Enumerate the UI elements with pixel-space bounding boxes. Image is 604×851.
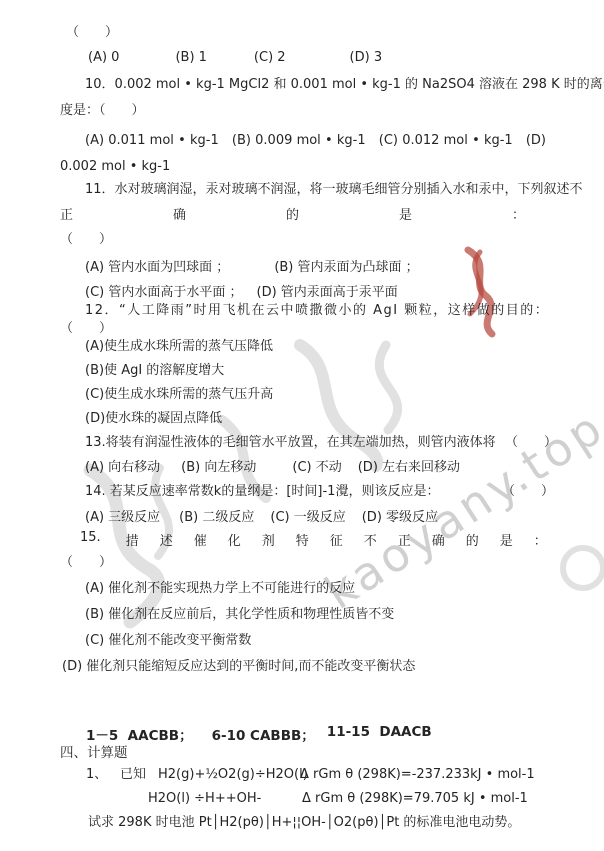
q9-option: (D) 3 (350, 50, 383, 65)
q15-option: (B) 催化剂在反应前后，其化学性质和物理性质皆不变 (62, 606, 415, 632)
q14-option: (A) 三级反应 (85, 506, 160, 525)
q14-option: (D) 零级反应 (362, 506, 438, 525)
q11-text-line2: 正确的是： (60, 207, 604, 224)
red-calligraphy-watermark (468, 250, 492, 334)
q12-option: (D)使水珠的凝固点降低 (85, 410, 273, 434)
q15-number: 15. (80, 530, 101, 549)
q13-option: (B) 向左移动 (181, 456, 256, 475)
q11-option: (A) 管内水面为凹球面 ； (85, 256, 229, 275)
q12-answer-bracket: （ ） (60, 320, 112, 337)
q11-option: (C) 管内水面高于水平面 ； (85, 281, 243, 300)
calc1-deltaG-2: Δ rGm θ (298K)=79.705 kJ • mol-1 (302, 790, 528, 807)
q9-options-row: (A) 0(B) 1(C) 2(D) 3 (88, 50, 382, 65)
q14-option: (B) 二级反应 (179, 506, 254, 525)
q14-answer-bracket: （ ） (502, 483, 554, 500)
calc1-equation-2: H2O(l) ÷H++OH- (148, 790, 261, 807)
calc1-deltaG-1: Δ rGm θ (298K)=-237.233kJ • mol-1 (300, 766, 535, 783)
q14-option: (C) 一级反应 (270, 506, 345, 525)
q13-option: (A) 向右移动 (85, 456, 160, 475)
calc1-question: 试求 298K 时电池 Pt│H2(pθ)│H+¦¦OH-│O2(pθ)│Pt … (88, 814, 520, 831)
section4-title: 四、计算题 (60, 745, 128, 762)
q12-options-list: (A)使生成水珠所需的蒸气压降低(B)使 AgI 的溶解度增大(C)使生成水珠所… (85, 338, 273, 434)
q15-option: (D) 催化剂只能缩短反应达到的平衡时间,而不能改变平衡状态 (62, 658, 415, 684)
q14-text: 14. 若某反应速率常数k的量纲是：[时间]-1灚，则该反应是： (85, 483, 439, 500)
q15-option: (C) 催化剂不能改变平衡常数 (62, 632, 415, 658)
answer-key-segment: 6-10 CABBB； (212, 724, 315, 744)
calc1-number: 1、 (86, 766, 107, 783)
answer-key-segment: 1－5 AACBB； (86, 724, 193, 744)
q9-option: (B) 1 (175, 50, 206, 65)
q13-option: (D) 左右来回移动 (358, 456, 460, 475)
q11-options-cd: (C) 管内水面高于水平面 ；(D) 管内汞面高于汞平面 (85, 281, 398, 300)
q12-option: (A)使生成水珠所需的蒸气压降低 (85, 338, 273, 362)
q12-option: (C)使生成水珠所需的蒸气压升高 (85, 386, 273, 410)
q13-answer-bracket: （ ） (505, 434, 557, 451)
answer-key-line: 1－5 AACBB；6-10 CABBB；11-15 DAACB (86, 724, 432, 744)
q15-options-list: (A) 催化剂不能实现热力学上不可能进行的反应(B) 催化剂在反应前后，其化学性… (62, 580, 415, 684)
q11-option: (B) 管内汞面为凸球面 ； (274, 256, 418, 275)
q11-option: (D) 管内汞面高于汞平面 (257, 281, 398, 300)
q15-text-row: 15. 措述催化剂特征不正确的是： (80, 530, 568, 549)
q15-text: 措述催化剂特征不正确的是： (126, 530, 568, 549)
q14-options-row: (A) 三级反应(B) 二级反应(C) 一级反应(D) 零级反应 (85, 506, 438, 525)
q10-options: (A) 0.011 mol • kg-1 (B) 0.009 mol • kg-… (60, 128, 546, 180)
q12-text: 12．“人工降雨”时用飞机在云中喷撒微小的 AgI 颗粒，这样做的目的： (85, 302, 549, 319)
q13-text: 13.将装有润湿性液体的毛细管水平放置，在其左端加热，则管内液体将 (85, 434, 496, 451)
answer-key-segment: 11-15 DAACB (327, 724, 432, 744)
exam-document-page: kaoyany.top （ ） (A) 0(B) 1(C) 2(D) 3 10．… (0, 0, 604, 851)
calc1-known-label: 已知 (120, 766, 146, 783)
q13-options-row: (A) 向右移动(B) 向左移动(C) 不动(D) 左右来回移动 (85, 456, 460, 475)
q11-options-ab: (A) 管内水面为凹球面 ；(B) 管内汞面为凸球面 ； (85, 256, 419, 275)
calc1-equation-1: H2(g)+½O2(g)÷H2O(l) (158, 766, 308, 783)
q15-option: (A) 催化剂不能实现热力学上不可能进行的反应 (62, 580, 415, 606)
q9-option: (A) 0 (88, 50, 119, 65)
q10-text-line2: 度是：（ ） (60, 102, 145, 119)
q15-answer-bracket: （ ） (60, 554, 112, 571)
q13-option: (C) 不动 (292, 456, 341, 475)
q10-text-line1: 10．0.002 mol • kg-1 MgCl2 和 0.001 mol • … (85, 76, 604, 93)
q11-answer-bracket: （ ） (60, 231, 112, 248)
q9-answer-bracket: （ ） (66, 24, 118, 41)
q12-option: (B)使 AgI 的溶解度增大 (85, 362, 273, 386)
q11-text-line1: 11．水对玻璃润湿，汞对玻璃不润湿，将一玻璃毛细管分别插入水和汞中，下列叙述不 (85, 181, 583, 198)
q9-option: (C) 2 (254, 50, 286, 65)
